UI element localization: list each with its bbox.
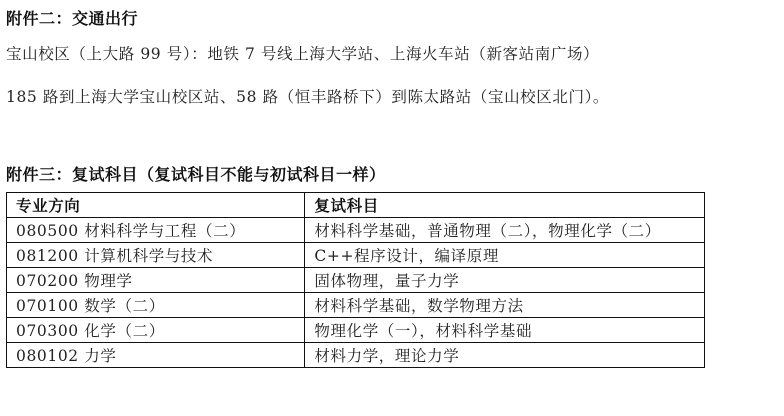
transport-line-1: 宝山校区（上大路 99 号）：地铁 7 号线上海大学站、上海火车站（新客站南广场… bbox=[6, 42, 599, 64]
cell-subjects: 物理化学（一），材料科学基础 bbox=[305, 318, 705, 343]
cell-subjects: 固体物理，量子力学 bbox=[305, 268, 705, 293]
table-row: 070200 物理学 固体物理，量子力学 bbox=[7, 268, 705, 293]
appendix3-title: 附件三：复试科目（复试科目不能与初试科目一样） bbox=[6, 162, 386, 185]
retest-subjects-table: 专业方向 复试科目 080500 材料科学与工程（二） 材料科学基础，普通物理（… bbox=[6, 192, 705, 368]
cell-major: 070200 物理学 bbox=[7, 268, 305, 293]
cell-major: 080500 材料科学与工程（二） bbox=[7, 218, 305, 243]
cell-subjects: 材料科学基础，普通物理（二），物理化学（二） bbox=[305, 218, 705, 243]
table-row: 070100 数学（二） 材料科学基础，数学物理方法 bbox=[7, 293, 705, 318]
cell-subjects: 材料力学，理论力学 bbox=[305, 343, 705, 368]
table-row: 080500 材料科学与工程（二） 材料科学基础，普通物理（二），物理化学（二） bbox=[7, 218, 705, 243]
cell-major: 080102 力学 bbox=[7, 343, 305, 368]
cell-subjects: 材料科学基础，数学物理方法 bbox=[305, 293, 705, 318]
cell-major: 070300 化学（二） bbox=[7, 318, 305, 343]
table-row: 080102 力学 材料力学，理论力学 bbox=[7, 343, 705, 368]
table-row: 081200 计算机科学与技术 C++程序设计，编译原理 bbox=[7, 243, 705, 268]
header-retest-subjects: 复试科目 bbox=[305, 193, 705, 218]
transport-line-2: 185 路到上海大学宝山校区站、58 路（恒丰路桥下）到陈太路站（宝山校区北门）… bbox=[6, 85, 609, 107]
cell-subjects: C++程序设计，编译原理 bbox=[305, 243, 705, 268]
cell-major: 070100 数学（二） bbox=[7, 293, 305, 318]
cell-major: 081200 计算机科学与技术 bbox=[7, 243, 305, 268]
table-row: 070300 化学（二） 物理化学（一），材料科学基础 bbox=[7, 318, 705, 343]
appendix2-title: 附件二：交通出行 bbox=[6, 6, 138, 29]
table-header-row: 专业方向 复试科目 bbox=[7, 193, 705, 218]
header-major: 专业方向 bbox=[7, 193, 305, 218]
